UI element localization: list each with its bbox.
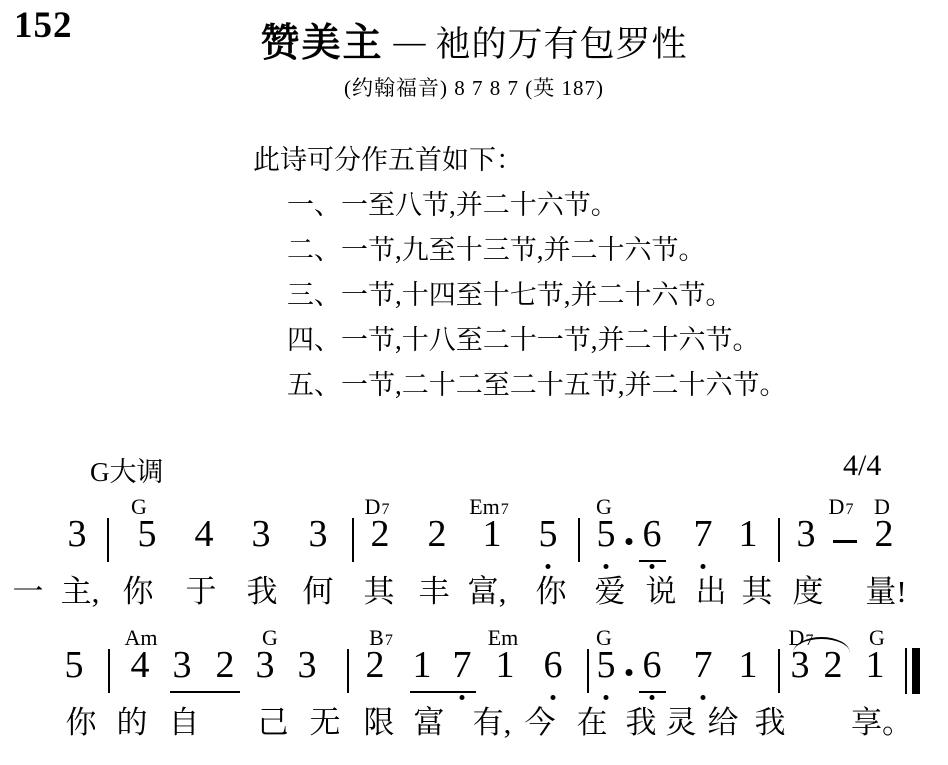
- beam-underline: [410, 691, 476, 693]
- note-digit: 4: [131, 645, 150, 685]
- note-digit: 2: [366, 645, 385, 685]
- key-signature-label: G大调: [90, 450, 164, 489]
- octave-dot: [650, 564, 655, 569]
- page-title: 赞美主—祂的万有包罗性: [0, 12, 948, 68]
- division-list: 一、一至八节,并二十六节。二、一节,九至十三节,并二十六节。三、一节,十四至十七…: [253, 183, 787, 408]
- note-digit: 5: [597, 514, 616, 554]
- division-heading: 此诗可分作五首如下：: [253, 138, 787, 183]
- octave-dot: [650, 695, 655, 700]
- lyric-syllable: 富: [414, 706, 445, 740]
- lyric-syllable: 己: [258, 706, 289, 740]
- lyric-syllable: 一: [13, 575, 44, 609]
- music-line-2: AmGB7EmGD7G543233217165671321你的自己无限富有,今在…: [0, 627, 948, 757]
- barline: [107, 518, 109, 562]
- barline: [587, 649, 589, 693]
- lyric-syllable: 你: [123, 575, 154, 609]
- beam-underline: [170, 691, 240, 693]
- lyric-syllable: 说: [646, 575, 677, 609]
- lyric-syllable: 量!: [865, 575, 906, 609]
- octave-dot: [701, 564, 706, 569]
- lyric-syllable: 出: [696, 575, 727, 609]
- lyric-syllable: 享。: [851, 706, 913, 740]
- note-digit: 3: [791, 645, 810, 685]
- note-digit: 3: [298, 645, 317, 685]
- division-item: 二、一节,九至十三节,并二十六节。: [287, 228, 787, 273]
- lyric-syllable: 限: [364, 706, 395, 740]
- lyric-syllable: 其: [364, 575, 395, 609]
- note-digit: 1: [866, 645, 885, 685]
- lyric-syllable: 在: [577, 706, 608, 740]
- note-digit: 6: [643, 514, 662, 554]
- lyric-syllable: 爱: [595, 575, 626, 609]
- note-digit: 5: [65, 645, 84, 685]
- note-digit: 4: [195, 514, 214, 554]
- note-digit: 3: [797, 514, 816, 554]
- note-digit: 5: [597, 645, 616, 685]
- lyric-syllable: 富,: [468, 575, 507, 609]
- scripture-meter-line: (约翰福音) 8 7 8 7 (英 187): [0, 72, 948, 102]
- note-digit: 3: [252, 514, 271, 554]
- lyric-syllable: 何: [303, 575, 334, 609]
- chord-seventh: 7: [845, 501, 853, 518]
- chord-seventh: 7: [501, 501, 509, 518]
- lyric-syllable: 给: [708, 706, 739, 740]
- note-digit: 1: [413, 645, 432, 685]
- lyric-syllable: 丰: [419, 575, 450, 609]
- division-notes: 此诗可分作五首如下： 一、一至八节,并二十六节。二、一节,九至十三节,并二十六节…: [253, 138, 787, 408]
- lyric-syllable: 我: [755, 706, 786, 740]
- lyric-syllable: 无: [310, 706, 341, 740]
- title-dash: —: [394, 23, 426, 59]
- note-digit: 2: [428, 514, 447, 554]
- time-signature: 4/4: [843, 449, 881, 483]
- lyric-syllable: 度: [793, 575, 824, 609]
- division-item: 四、一节,十八至二十一节,并二十六节。: [287, 318, 787, 363]
- title-main-text: 赞美主: [260, 22, 383, 65]
- note-digit: 7: [453, 645, 472, 685]
- beam-underline: [639, 691, 666, 693]
- note-digit: 2: [824, 645, 843, 685]
- barline: [108, 649, 110, 693]
- beam-underline: [639, 560, 666, 562]
- note-digit: 1: [483, 514, 502, 554]
- note-digit: 2: [216, 645, 235, 685]
- barline: [778, 649, 780, 693]
- note-digit: 6: [544, 645, 563, 685]
- note-digit: 7: [694, 645, 713, 685]
- octave-dot: [551, 695, 556, 700]
- note-digit: 3: [68, 514, 87, 554]
- note-digit: 5: [539, 514, 558, 554]
- note-digit: 2: [875, 514, 894, 554]
- note-digit: 5: [138, 514, 157, 554]
- octave-dot: [460, 695, 465, 700]
- extension-dash: [833, 540, 857, 543]
- lyric-syllable: 我: [247, 575, 278, 609]
- music-line-1: GD7Em7GD7D354332215567132一主,你于我何其丰富,你爱说出…: [0, 496, 948, 626]
- augmentation-dot: [626, 538, 633, 545]
- title-secondary-text: 祂的万有包罗性: [436, 25, 688, 64]
- note-digit: 6: [643, 645, 662, 685]
- note-digit: 3: [309, 514, 328, 554]
- division-item: 一、一至八节,并二十六节。: [287, 183, 787, 228]
- lyric-syllable: 我: [626, 706, 657, 740]
- note-digit: 2: [371, 514, 390, 554]
- lyric-syllable: 其: [742, 575, 773, 609]
- lyric-syllable: 灵: [666, 706, 697, 740]
- octave-dot: [604, 695, 609, 700]
- note-digit: 1: [739, 645, 758, 685]
- division-item: 三、一节,十四至十七节,并二十六节。: [287, 273, 787, 318]
- lyric-syllable: 的: [117, 706, 148, 740]
- lyric-syllable: 主,: [61, 575, 100, 609]
- note-digit: 7: [694, 514, 713, 554]
- note-digit: 3: [256, 645, 275, 685]
- barline: [352, 518, 354, 562]
- note-digit: 1: [739, 514, 758, 554]
- final-barline-thin: [905, 648, 907, 694]
- lyric-syllable: 自: [169, 706, 200, 740]
- note-digit: 3: [173, 645, 192, 685]
- barline: [578, 518, 580, 562]
- octave-dot: [604, 564, 609, 569]
- chord-label: D7: [829, 496, 854, 521]
- note-digit: 1: [496, 645, 515, 685]
- lyric-syllable: 你: [536, 575, 567, 609]
- lyric-syllable: 有,: [473, 706, 512, 740]
- barline: [347, 649, 349, 693]
- hymn-sheet-page: 152 赞美主—祂的万有包罗性 (约翰福音) 8 7 8 7 (英 187) 此…: [0, 0, 948, 765]
- chord-seventh: 7: [385, 632, 393, 649]
- lyric-syllable: 你: [66, 706, 97, 740]
- lyric-syllable: 今: [525, 706, 556, 740]
- octave-dot: [546, 564, 551, 569]
- final-barline-thick: [912, 648, 920, 694]
- division-item: 五、一节,二十二至二十五节,并二十六节。: [287, 363, 787, 408]
- augmentation-dot: [626, 669, 633, 676]
- lyric-syllable: 于: [186, 575, 217, 609]
- barline: [778, 518, 780, 562]
- octave-dot: [701, 695, 706, 700]
